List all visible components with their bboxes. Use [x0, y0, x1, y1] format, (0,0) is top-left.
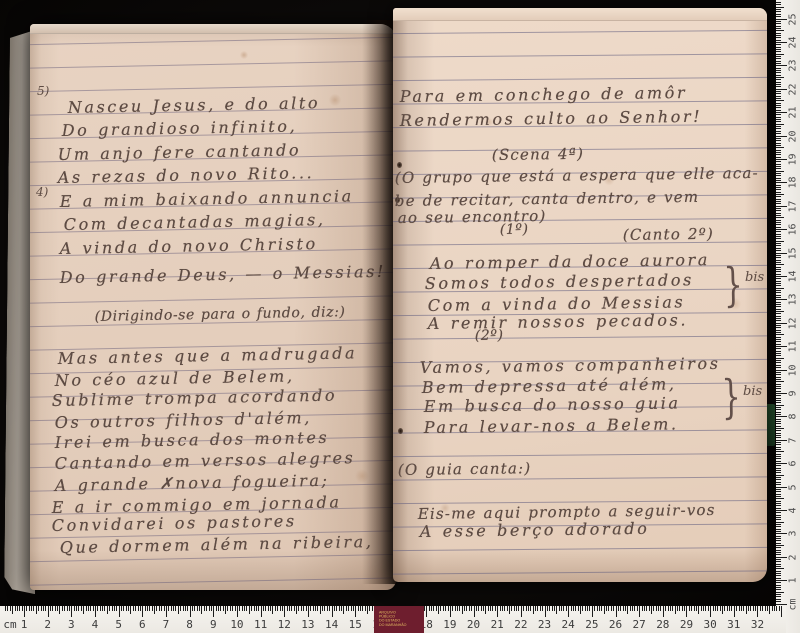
- ruler-tick: [67, 606, 68, 611]
- ruler-tick: [559, 606, 560, 611]
- ruler-tick: [48, 606, 49, 617]
- ruler-tick: [776, 510, 787, 511]
- ruler-tick: [135, 606, 136, 611]
- ruler-tick: [703, 606, 704, 611]
- ruler-tick: [455, 606, 456, 611]
- ruler-tick: [270, 606, 271, 611]
- ruler-number: 4: [788, 501, 799, 519]
- ruler-tick: [776, 400, 781, 401]
- ruler-number: 22: [788, 80, 799, 98]
- ruler-tick: [180, 606, 181, 611]
- ruler-tick: [776, 557, 787, 558]
- ruler-tick: [192, 606, 193, 611]
- ruler-tick: [776, 428, 784, 429]
- ruler-tick: [552, 606, 553, 611]
- ruler-tick: [57, 606, 58, 611]
- ruler-tick: [776, 494, 781, 495]
- ruler-tick: [776, 405, 784, 406]
- ruler-tick: [776, 412, 781, 413]
- ruler-tick: [776, 164, 781, 165]
- ruler-number: 30: [700, 618, 720, 631]
- ruler-tick: [776, 444, 781, 445]
- ruler-tick: [332, 606, 333, 617]
- ruler-number: 13: [298, 618, 318, 631]
- ruler-tick: [776, 96, 781, 97]
- ruler-tick: [682, 606, 683, 611]
- ruler-tick: [776, 592, 784, 593]
- ruler-tick: [663, 606, 664, 617]
- ruler-tick: [232, 606, 233, 611]
- ruler-tick: [19, 606, 20, 611]
- ruler-tick: [776, 377, 781, 378]
- ruler-tick: [59, 606, 60, 614]
- ruler-tick: [776, 384, 781, 385]
- ruler-tick: [776, 524, 781, 525]
- verse-line: A esse berço adorado: [420, 519, 650, 544]
- ruler-tick: [242, 606, 243, 611]
- ruler-tick: [776, 519, 781, 520]
- ruler-tick: [507, 606, 508, 611]
- ruler-tick: [194, 606, 195, 611]
- ruler-tick: [776, 215, 781, 216]
- ruler-tick: [776, 484, 781, 485]
- ruler-tick: [776, 65, 787, 66]
- ruler-tick: [651, 606, 652, 614]
- ruler-tick: [776, 348, 781, 349]
- ruler-tick: [121, 606, 122, 611]
- ruler-tick: [220, 606, 221, 611]
- ruler-tick: [727, 606, 728, 611]
- ruler-tick: [715, 606, 716, 611]
- ruler-tick: [123, 606, 124, 611]
- ruler-tick: [776, 547, 781, 548]
- ruler-tick: [776, 529, 781, 530]
- ruler-tick: [308, 606, 309, 617]
- ruler-tick: [618, 606, 619, 611]
- ruler-tick: [776, 365, 781, 366]
- ruler-tick: [776, 437, 781, 438]
- ruler-tick: [272, 606, 273, 614]
- ruler-tick: [161, 606, 162, 611]
- ruler-tick: [322, 606, 323, 611]
- ruler-tick: [556, 606, 557, 614]
- ruler-tick: [197, 606, 198, 611]
- ruler-tick: [776, 192, 781, 193]
- ruler-tick: [776, 393, 787, 394]
- ruler-number: 24: [558, 618, 578, 631]
- ruler-tick: [776, 133, 781, 134]
- ruler-tick: [776, 479, 781, 480]
- verse-line: Um anjo fere cantando: [58, 140, 302, 167]
- ruler-tick: [545, 606, 546, 617]
- ruler-tick: [464, 606, 465, 611]
- ruler-tick: [691, 606, 692, 611]
- ruler-tick: [634, 606, 635, 611]
- ruler-tick: [776, 491, 781, 492]
- ruler-tick: [776, 470, 781, 471]
- ruler-tick: [708, 606, 709, 611]
- ruler-tick: [351, 606, 352, 611]
- ruler-number: 4: [85, 618, 105, 631]
- ruler-tick: [102, 606, 103, 611]
- ruler-tick: [776, 16, 781, 17]
- ruler-tick: [776, 227, 781, 228]
- ruler-tick: [287, 606, 288, 611]
- ruler-tick: [452, 606, 453, 611]
- ruler-tick: [769, 606, 770, 614]
- ruler-tick: [776, 89, 787, 90]
- ruler-tick: [339, 606, 340, 611]
- ruler-tick: [776, 526, 781, 527]
- ruler-tick: [218, 606, 219, 611]
- ruler-number: 25: [582, 618, 602, 631]
- ruler-tick: [776, 559, 781, 560]
- ruler-tick: [776, 367, 781, 368]
- ruler-number: 23: [788, 57, 799, 75]
- ruler-tick: [776, 248, 781, 249]
- ruler-tick: [642, 606, 643, 611]
- ruler-tick: [547, 606, 548, 611]
- ruler-tick: [776, 552, 781, 553]
- ruler-tick: [776, 575, 781, 576]
- ruler-tick: [280, 606, 281, 611]
- ruler-tick: [776, 517, 781, 518]
- ruler-tick: [164, 606, 165, 611]
- ruler-tick: [776, 594, 781, 595]
- ruler-tick: [776, 131, 781, 132]
- ruler-tick: [776, 409, 781, 410]
- ruler-tick: [776, 536, 781, 537]
- stage-direction: (O guia canta:): [398, 459, 532, 483]
- ruler-number: 27: [629, 618, 649, 631]
- ruler-tick: [358, 606, 359, 611]
- ruler-tick: [133, 606, 134, 611]
- ruler-tick: [142, 606, 143, 617]
- ruler-tick: [653, 606, 654, 611]
- ruler-tick: [50, 606, 51, 611]
- ruler-tick: [776, 316, 781, 317]
- ruler-tick: [776, 213, 781, 214]
- ruler-tick: [776, 339, 781, 340]
- page-edge-band: [30, 24, 396, 34]
- ruler-tick: [776, 386, 781, 387]
- ruler-tick: [575, 606, 576, 611]
- ruler-tick: [509, 606, 510, 614]
- ruler-tick: [776, 82, 781, 83]
- ruler-tick: [566, 606, 567, 611]
- stanza-marker: 4): [36, 185, 48, 199]
- ruler-tick: [639, 606, 640, 617]
- ruler-tick: [776, 196, 781, 197]
- ruler-tick: [173, 606, 174, 611]
- ruler-tick: [329, 606, 330, 611]
- ruler-tick: [776, 206, 787, 207]
- ruler-tick: [492, 606, 493, 611]
- ruler-tick: [490, 606, 491, 611]
- ruler-number: 10: [227, 618, 247, 631]
- ruler-tick: [776, 107, 781, 108]
- ruler-number: 1: [788, 572, 799, 590]
- ruler-tick: [530, 606, 531, 611]
- ruler-tick: [436, 606, 437, 611]
- ruler-tick: [776, 128, 781, 129]
- ruler-tick: [776, 379, 781, 380]
- ruler-tick: [776, 157, 781, 158]
- ruler-number: 26: [606, 618, 626, 631]
- ruler-tick: [679, 606, 680, 611]
- ruler-tick: [369, 606, 370, 611]
- ruler-tick: [776, 28, 781, 29]
- ruler-tick: [230, 606, 231, 611]
- ruler-tick: [81, 606, 82, 611]
- ruler-tick: [776, 419, 781, 420]
- ruler-tick: [776, 589, 781, 590]
- ruler-tick: [776, 313, 781, 314]
- ruler-tick: [743, 606, 744, 611]
- ruler-tick: [187, 606, 188, 611]
- ruler-tick: [776, 381, 784, 382]
- stanza-marker: 5): [37, 84, 49, 98]
- ruler-tick: [644, 606, 645, 611]
- ruler-tick: [746, 606, 747, 614]
- ruler-number: 23: [535, 618, 555, 631]
- ruler-tick: [776, 117, 781, 118]
- ruler-tick: [336, 606, 337, 611]
- ruler-tick: [138, 606, 139, 611]
- ruler-tick: [592, 606, 593, 617]
- ruler-tick: [689, 606, 690, 611]
- ruler-tick: [776, 288, 784, 289]
- ruler-tick: [776, 145, 781, 146]
- ruler-tick: [705, 606, 706, 611]
- ruler-tick: [511, 606, 512, 611]
- ruler-tick: [776, 573, 781, 574]
- ruler-number: 1: [14, 618, 34, 631]
- ruler-tick: [776, 267, 781, 268]
- ruler-tick: [694, 606, 695, 611]
- ruler-tick: [776, 318, 781, 319]
- ruler-tick: [776, 35, 781, 36]
- ruler-tick: [776, 571, 781, 572]
- ruler-tick: [656, 606, 657, 611]
- ruler-number: 14: [788, 267, 799, 285]
- ruler-tick: [776, 334, 784, 335]
- ruler-tick: [450, 606, 451, 617]
- ruler-tick: [776, 229, 787, 230]
- ruler-tick: [696, 606, 697, 611]
- ruler-tick: [776, 337, 781, 338]
- ruler-tick: [767, 606, 768, 611]
- ruler-tick: [476, 606, 477, 611]
- ruler-tick: [776, 302, 781, 303]
- ruler-tick: [776, 320, 781, 321]
- ruler-tick: [734, 606, 735, 617]
- ruler-tick: [74, 606, 75, 611]
- verse-line: Rendermos culto ao Senhor!: [400, 107, 703, 133]
- ruler-number: 19: [788, 150, 799, 168]
- ruler-tick: [736, 606, 737, 611]
- ruler-tick: [713, 606, 714, 611]
- ruler-tick: [776, 290, 781, 291]
- ruler-tick: [608, 606, 609, 611]
- ruler-tick: [776, 194, 784, 195]
- ruler-tick: [265, 606, 266, 611]
- ruler-tick: [776, 323, 787, 324]
- ruler-tick: [277, 606, 278, 611]
- ruler-tick: [776, 358, 784, 359]
- ruler-tick: [750, 606, 751, 611]
- ruler-number: 19: [440, 618, 460, 631]
- ruler-tick: [776, 414, 781, 415]
- ruler-tick: [149, 606, 150, 611]
- ruler-tick: [632, 606, 633, 611]
- ruler-tick: [776, 51, 781, 52]
- ruler-tick: [776, 508, 781, 509]
- ruler-tick: [776, 538, 781, 539]
- ruler-tick: [776, 309, 781, 310]
- ruler-number: 15: [788, 244, 799, 262]
- ruler-tick: [776, 103, 781, 104]
- ruler-tick: [263, 606, 264, 611]
- ruler-tick: [776, 154, 781, 155]
- ruler-tick: [317, 606, 318, 611]
- ruler-number: 15: [345, 618, 365, 631]
- ruler-tick: [776, 271, 781, 272]
- ruler-tick: [779, 606, 780, 611]
- ruler-tick: [528, 606, 529, 611]
- ruler-tick: [739, 606, 740, 611]
- ruler-tick: [601, 606, 602, 611]
- ruler-number: 24: [788, 33, 799, 51]
- ruler-tick: [284, 606, 285, 617]
- ruler-tick: [660, 606, 661, 611]
- ruler-number: 21: [788, 104, 799, 122]
- ruler-tick: [776, 604, 787, 605]
- ruler-tick: [776, 416, 787, 417]
- ruler-tick: [776, 601, 781, 602]
- ruler-tick: [776, 173, 781, 174]
- ruler-tick: [585, 606, 586, 611]
- ruler-tick: [471, 606, 472, 611]
- ruler-tick: [776, 241, 784, 242]
- stanza-marker: (1º): [500, 222, 529, 244]
- ruler-tick: [251, 606, 252, 611]
- ruler-tick: [320, 606, 321, 614]
- ruler-tick: [776, 26, 781, 27]
- ruler-tick: [776, 435, 781, 436]
- ruler-tick: [62, 606, 63, 611]
- ruler-tick: [504, 606, 505, 611]
- ruler-tick: [327, 606, 328, 611]
- ruler-tick: [154, 606, 155, 614]
- ruler-number: 5: [109, 618, 129, 631]
- ruler-tick: [76, 606, 77, 611]
- ruler-tick: [282, 606, 283, 611]
- ruler-tick: [190, 606, 191, 617]
- ruler-tick: [776, 171, 784, 172]
- ruler-tick: [367, 606, 368, 614]
- ruler-tick: [722, 606, 723, 614]
- ruler-tick: [776, 449, 781, 450]
- stanza-marker: (2º): [475, 328, 504, 350]
- ruler-tick: [348, 606, 349, 611]
- ruler-tick: [599, 606, 600, 611]
- ruler-tick: [776, 93, 781, 94]
- ruler-tick: [438, 606, 439, 614]
- ruler-tick: [776, 47, 781, 48]
- ruler-tick: [29, 606, 30, 611]
- ruler-tick: [623, 606, 624, 611]
- ruler-tick: [523, 606, 524, 611]
- ruler-tick: [776, 208, 781, 209]
- ruler-tick: [502, 606, 503, 611]
- ruler-tick: [83, 606, 84, 614]
- ruler-tick: [43, 606, 44, 611]
- scene-heading: (Scena 4ª): [492, 145, 585, 168]
- ruler-tick: [275, 606, 276, 611]
- ruler-tick: [448, 606, 449, 611]
- ruler-tick: [781, 606, 782, 617]
- ruler-tick: [90, 606, 91, 611]
- ruler-number: 28: [653, 618, 673, 631]
- ruler-tick: [776, 477, 781, 478]
- ruler-tick: [776, 121, 781, 122]
- ruler-tick: [776, 253, 787, 254]
- ruler-tick: [443, 606, 444, 611]
- ruler-number: 11: [788, 338, 799, 356]
- ruler-tick: [776, 40, 781, 41]
- ruler-tick: [776, 606, 777, 611]
- ruler-tick: [776, 238, 781, 239]
- ruler-tick: [303, 606, 304, 611]
- ruler-tick: [206, 606, 207, 611]
- ruler-tick: [776, 255, 781, 256]
- ruler-tick: [776, 224, 781, 225]
- ruler-number: 6: [132, 618, 152, 631]
- ruler-tick: [776, 201, 781, 202]
- ruler-number: 17: [788, 197, 799, 215]
- ruler-tick: [776, 325, 781, 326]
- ruler-tick: [776, 465, 781, 466]
- ruler-tick: [36, 606, 37, 614]
- ruler-tick: [168, 606, 169, 611]
- ruler-tick: [183, 606, 184, 611]
- ruler-tick: [776, 512, 781, 513]
- ruler-tick: [128, 606, 129, 611]
- ruler-tick: [776, 19, 787, 20]
- ruler-tick: [684, 606, 685, 611]
- left-page: 5) 4) Nasceu Jesus, e do alto Do grandio…: [30, 24, 396, 590]
- ruler-tick: [776, 501, 781, 502]
- ruler-tick: [776, 166, 781, 167]
- bis-label: bis: [743, 384, 762, 399]
- ruler-tick: [497, 606, 498, 617]
- ruler-tick: [753, 606, 754, 611]
- ruler-tick: [563, 606, 564, 611]
- ruler-tick: [774, 606, 775, 611]
- ruler-tick: [537, 606, 538, 611]
- ruler-tick: [776, 421, 781, 422]
- ruler-tick: [341, 606, 342, 611]
- ruler-tick: [776, 33, 781, 34]
- ruler-tick: [675, 606, 676, 614]
- ruler-tick: [776, 468, 781, 469]
- ruler-tick: [776, 292, 781, 293]
- ruler-tick: [223, 606, 224, 611]
- ruler-tick: [776, 278, 781, 279]
- ruler-tick: [540, 606, 541, 611]
- canto-heading: (Canto 2º): [623, 225, 715, 248]
